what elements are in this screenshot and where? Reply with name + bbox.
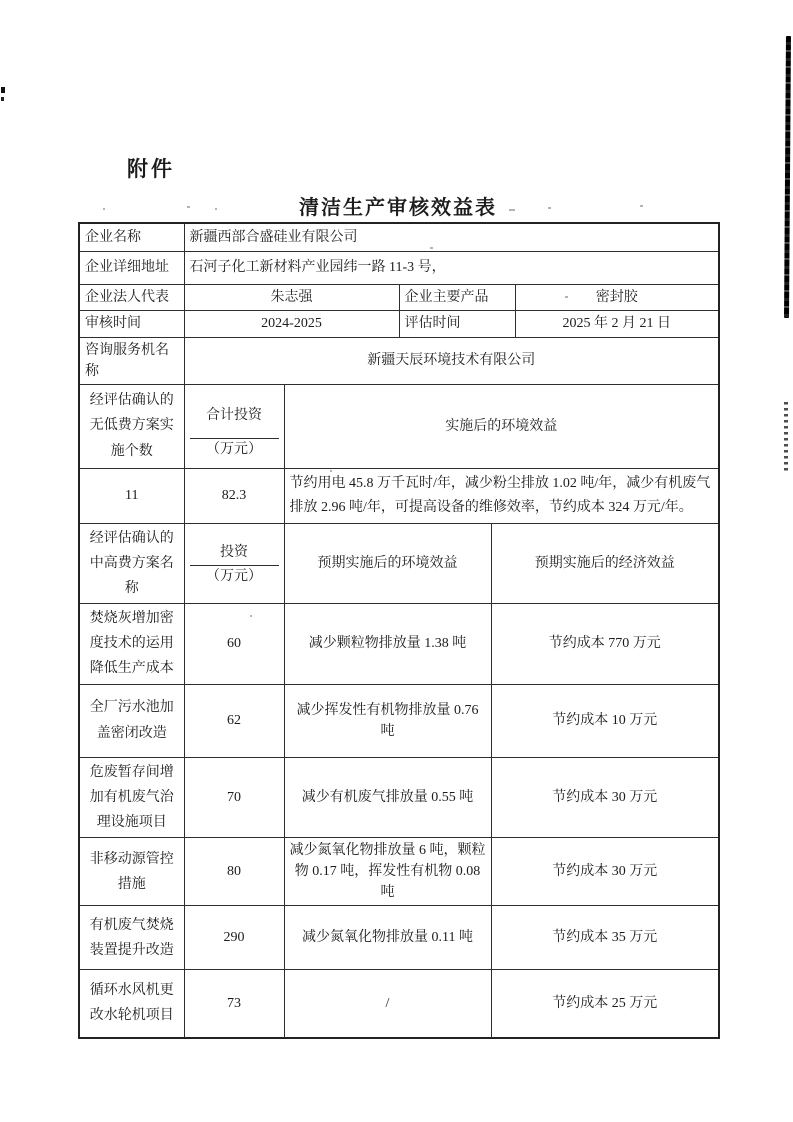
scan-noise-dot — [565, 296, 568, 298]
scan-edge-mark — [1, 87, 5, 93]
main-product-label: 企业主要产品 — [399, 284, 515, 310]
consultant-value: 新疆天辰环境技术有限公司 — [184, 337, 719, 384]
project-name-cell: 非移动源管控措施 — [79, 838, 184, 906]
mid-high-cost-investment-header: 投资 — [190, 539, 279, 566]
project-investment-cell: 60 — [184, 604, 284, 685]
project-row: 有机废气焚烧装置提升改造 290 减少氮氧化物排放量 0.11 吨 节约成本 3… — [79, 906, 719, 970]
scanned-document-page: 附件 清洁生产审核效益表 企业名称 新疆西部合盛硅业有限公司 企业详细地址 石河… — [0, 0, 793, 1122]
no-low-cost-investment-header-cell: 合计投资 （万元） — [184, 384, 284, 468]
attachment-label: 附件 — [127, 153, 175, 183]
scan-ink-streak — [784, 402, 788, 474]
no-low-cost-count: 11 — [79, 468, 184, 523]
benefit-table: 企业名称 新疆西部合盛硅业有限公司 企业详细地址 石河子化工新材料产业园纬一路 … — [78, 222, 720, 1039]
mid-high-cost-investment-header-cell: 投资 （万元） — [184, 523, 284, 604]
company-name-row: 企业名称 新疆西部合盛硅业有限公司 — [79, 223, 719, 251]
no-low-cost-investment-header: 合计投资 — [190, 393, 279, 439]
scan-ink-streak — [784, 36, 791, 318]
mid-high-cost-env-header: 预期实施后的环境效益 — [284, 523, 491, 604]
eval-time-label: 评估时间 — [399, 310, 515, 337]
scan-noise-dot — [548, 207, 551, 209]
company-address-label: 企业详细地址 — [79, 251, 184, 284]
scan-noise-dot — [430, 247, 433, 249]
consultant-label: 咨询服务机名称 — [79, 337, 184, 384]
project-env-benefit-cell: 减少氮氧化物排放量 6 吨，颗粒物 0.17 吨，挥发性有机物 0.08 吨 — [284, 838, 491, 906]
project-env-benefit-cell: 减少颗粒物排放量 1.38 吨 — [284, 604, 491, 685]
project-env-benefit-cell: 减少氮氧化物排放量 0.11 吨 — [284, 906, 491, 970]
legal-rep-row: 企业法人代表 朱志强 企业主要产品 密封胶 — [79, 284, 719, 310]
project-econ-benefit-cell: 节约成本 30 万元 — [491, 757, 719, 838]
page-title: 清洁生产审核效益表 — [78, 191, 718, 220]
main-product-value: 密封胶 — [515, 284, 719, 310]
company-address-value: 石河子化工新材料产业园纬一路 11-3 号， — [184, 251, 719, 284]
project-row: 焚烧灰增加密度技术的运用降低生产成本 60 减少颗粒物排放量 1.38 吨 节约… — [79, 604, 719, 685]
eval-time-value: 2025 年 2 月 21 日 — [515, 310, 719, 337]
no-low-cost-count-header: 经评估确认的无低费方案实施个数 — [79, 384, 184, 468]
scan-noise-dot — [215, 208, 217, 210]
scan-noise-dot — [103, 208, 105, 210]
no-low-cost-benefit-header: 实施后的环境效益 — [284, 384, 719, 468]
audit-time-value: 2024-2025 — [184, 310, 399, 337]
project-env-benefit-cell: 减少有机废气排放量 0.55 吨 — [284, 757, 491, 838]
project-env-benefit-cell: / — [284, 970, 491, 1038]
project-econ-benefit-cell: 节约成本 10 万元 — [491, 684, 719, 757]
project-investment-cell: 62 — [184, 684, 284, 757]
mid-high-cost-header-row: 经评估确认的中高费方案名称 投资 （万元） 预期实施后的环境效益 预期实施后的经… — [79, 523, 719, 604]
mid-high-cost-name-header: 经评估确认的中高费方案名称 — [79, 523, 184, 604]
project-row: 全厂污水池加盖密闭改造 62 减少挥发性有机物排放量 0.76 吨 节约成本 1… — [79, 684, 719, 757]
company-address-row: 企业详细地址 石河子化工新材料产业园纬一路 11-3 号， — [79, 251, 719, 284]
scan-noise-dot — [330, 470, 332, 472]
legal-rep-value: 朱志强 — [184, 284, 399, 310]
project-row: 循环水风机更改水轮机项目 73 / 节约成本 25 万元 — [79, 970, 719, 1038]
scan-noise-dot — [509, 209, 515, 211]
project-econ-benefit-cell: 节约成本 30 万元 — [491, 838, 719, 906]
project-investment-cell: 70 — [184, 757, 284, 838]
project-row: 非移动源管控措施 80 减少氮氧化物排放量 6 吨，颗粒物 0.17 吨，挥发性… — [79, 838, 719, 906]
project-investment-cell: 73 — [184, 970, 284, 1038]
project-name-cell: 危废暂存间增加有机废气治理设施项目 — [79, 757, 184, 838]
consultant-row: 咨询服务机名称 新疆天辰环境技术有限公司 — [79, 337, 719, 384]
mid-high-cost-investment-unit: （万元） — [190, 566, 279, 587]
project-name-cell: 全厂污水池加盖密闭改造 — [79, 684, 184, 757]
mid-high-cost-econ-header: 预期实施后的经济效益 — [491, 523, 719, 604]
scan-noise-dot — [640, 205, 643, 207]
no-low-cost-investment-unit: （万元） — [190, 439, 279, 460]
project-row: 危废暂存间增加有机废气治理设施项目 70 减少有机废气排放量 0.55 吨 节约… — [79, 757, 719, 838]
legal-rep-label: 企业法人代表 — [79, 284, 184, 310]
project-name-cell: 有机废气焚烧装置提升改造 — [79, 906, 184, 970]
audit-time-row: 审核时间 2024-2025 评估时间 2025 年 2 月 21 日 — [79, 310, 719, 337]
scan-noise-dot — [187, 206, 190, 208]
no-low-cost-data-row: 11 82.3 节约用电 45.8 万千瓦时/年，减少粉尘排放 1.02 吨/年… — [79, 468, 719, 523]
project-econ-benefit-cell: 节约成本 25 万元 — [491, 970, 719, 1038]
company-name-label: 企业名称 — [79, 223, 184, 251]
project-investment-cell: 290 — [184, 906, 284, 970]
audit-time-label: 审核时间 — [79, 310, 184, 337]
company-name-value: 新疆西部合盛硅业有限公司 — [184, 223, 719, 251]
scan-edge-mark — [1, 97, 4, 101]
project-investment-cell: 80 — [184, 838, 284, 906]
scan-noise-dot — [250, 615, 252, 617]
no-low-cost-header-row: 经评估确认的无低费方案实施个数 合计投资 （万元） 实施后的环境效益 — [79, 384, 719, 468]
project-name-cell: 循环水风机更改水轮机项目 — [79, 970, 184, 1038]
no-low-cost-investment: 82.3 — [184, 468, 284, 523]
project-econ-benefit-cell: 节约成本 35 万元 — [491, 906, 719, 970]
no-low-cost-benefit: 节约用电 45.8 万千瓦时/年，减少粉尘排放 1.02 吨/年，减少有机废气排… — [284, 468, 719, 523]
project-name-cell: 焚烧灰增加密度技术的运用降低生产成本 — [79, 604, 184, 685]
project-econ-benefit-cell: 节约成本 770 万元 — [491, 604, 719, 685]
project-env-benefit-cell: 减少挥发性有机物排放量 0.76 吨 — [284, 684, 491, 757]
